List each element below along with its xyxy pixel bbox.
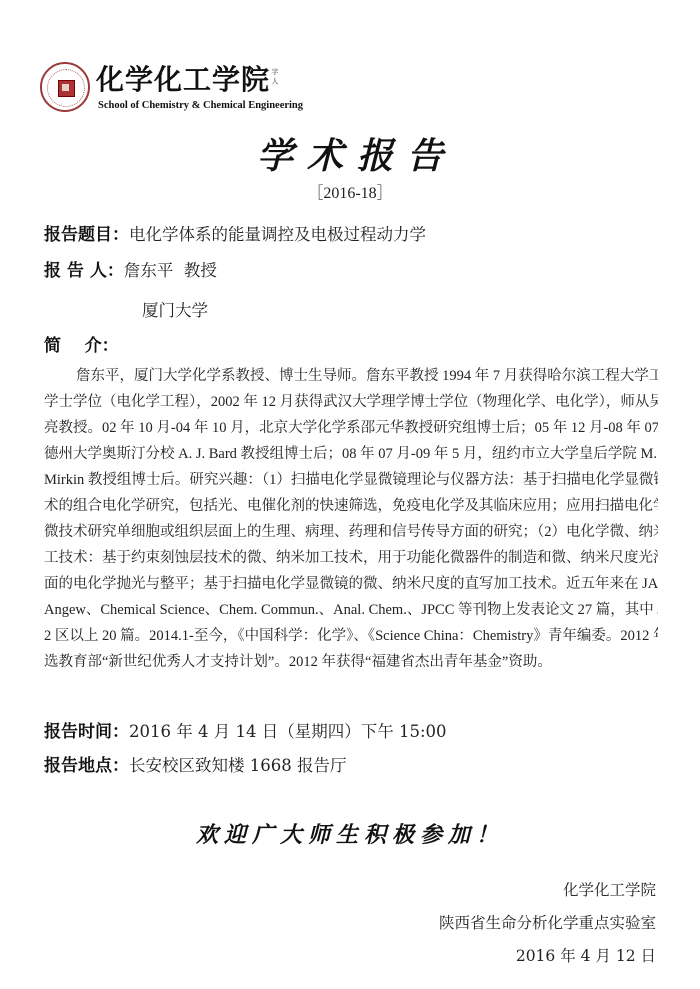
bio-line: 面的电化学抛光与整平；基于扫描电化学显微镜的微、纳米尺度的直写加工技术。近五年来… (44, 571, 658, 597)
bio-line: 德州大学奥斯汀分校 A. J. Bard 教授组博士后；08 年 07 月-09… (44, 441, 658, 467)
bio-line: 选教育部“新世纪优秀人才支持计划”。2012 年获得“福建省杰出青年基金”资助。 (44, 649, 658, 675)
bio-line: 2 区以上 20 篇。2014.1-至今，《中国科学：化学》、《Science … (44, 623, 658, 649)
speaker-affiliation: 厦门大学 (142, 297, 208, 321)
speaker-field: 报 告 人：詹东平 教授 (44, 259, 217, 283)
bio-line: 术的组合电化学研究，包括光、电催化剂的快速筛选，免疫电化学及其临床应用；应用扫描… (44, 493, 658, 519)
bio-line: 詹东平，厦门大学化学系教授、博士生导师。詹东平教授 1994 年 7 月获得哈尔… (44, 363, 658, 389)
school-name-en: School of Chemistry & Chemical Engineeri… (98, 100, 303, 111)
topic-value: 电化学体系的能量调控及电极过程动力学 (129, 225, 426, 244)
bio-line: 亮教授。02 年 10 月-04 年 10 月，北京大学化学系邵元华教授研究组博… (44, 415, 658, 441)
logo-signature-mark: 字 人 (270, 68, 280, 84)
time-field: 报告时间：2016 年 4 月 14 日（星期四）下午 15:00 (44, 720, 447, 744)
bio-line: Angew、Chemical Science、Chem. Commun.、Ana… (44, 597, 658, 623)
bio-line: 工技术：基于约束刻蚀层技术的微、纳米加工技术，用于功能化微器件的制造和微、纳米尺… (44, 545, 658, 571)
report-serial-number: ［2016-18］ (0, 180, 700, 203)
welcome-message: 欢迎广大师生积极参加！ (0, 818, 700, 849)
signature-date: 2016 年 4 月 12 日 (516, 944, 656, 966)
place-label: 报告地点： (44, 754, 129, 778)
bio-line: Mirkin 教授组博士后。研究兴趣：（1）扫描电化学显微镜理论与仪器方法：基于… (44, 467, 658, 493)
school-name-cn: 化学化工学院 (96, 62, 270, 98)
time-label: 报告时间： (44, 720, 129, 744)
topic-label: 报告题目： (44, 223, 129, 247)
signature-org-school: 化学化工学院 (563, 878, 656, 900)
bio-line: 微技术研究单细胞或组织层面上的生理、病理、药理和信号传导方面的研究；（2）电化学… (44, 519, 658, 545)
place-value: 长安校区致知楼 1668 报告厅 (129, 756, 346, 775)
place-field: 报告地点：长安校区致知楼 1668 报告厅 (44, 754, 346, 778)
bio-label: 简 介： (44, 334, 119, 358)
school-logo: 化学化工学院 字 人 School of Chemistry & Chemica… (40, 62, 280, 116)
time-value: 2016 年 4 月 14 日（星期四）下午 15:00 (129, 722, 447, 741)
school-seal-icon (40, 62, 90, 112)
bio-heading: 简 介： (44, 334, 119, 358)
signature-org-lab: 陕西省生命分析化学重点实验室 (439, 911, 656, 933)
topic-field: 报告题目：电化学体系的能量调控及电极过程动力学 (44, 223, 426, 247)
speaker-label: 报 告 人： (44, 259, 124, 283)
bio-paragraph: 詹东平，厦门大学化学系教授、博士生导师。詹东平教授 1994 年 7 月获得哈尔… (44, 363, 658, 675)
page-title: 学术报告 (0, 128, 700, 179)
speaker-value: 詹东平 教授 (124, 261, 217, 280)
bio-line: 学士学位（电化学工程），2002 年 12 月获得武汉大学理学博士学位（物理化学… (44, 389, 658, 415)
